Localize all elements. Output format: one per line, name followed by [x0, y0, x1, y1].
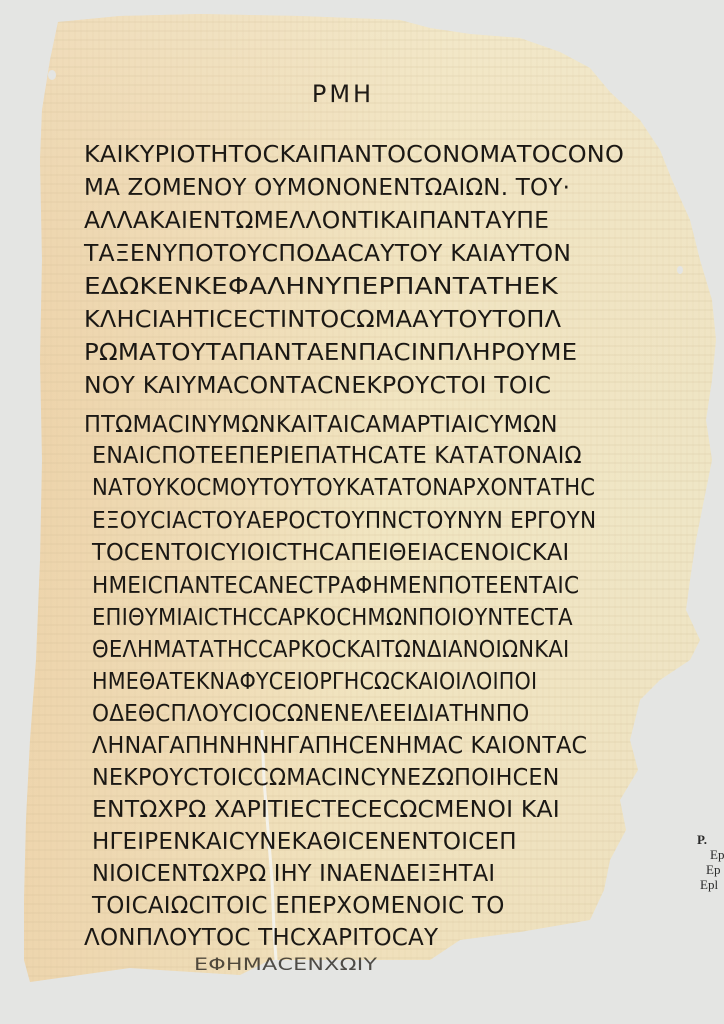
text-line: ΛΟΝΠΛΟΥΤΟϹ ΤΗϹΧΑΡΙΤΟϹΑΥ: [84, 923, 438, 951]
text-line: ΗΜΕΙϹΠΑΝΤΕϹΑΝΕϹΤΡΑΦΗΜΕΝΠΟΤΕΕΝΤΑΙϹ: [92, 571, 579, 599]
text-line: ΟΔΕΘϹΠΛΟΥϹΙΟϹΩΝΕΝΕΛΕΕΙΔΙΑΤΗΝΠΟ: [92, 699, 530, 727]
text-line: ΘΕΛΗΜΑΤΑΤΗϹϹΑΡΚΟϹΚΑΙΤΩΝΔΙΑΝΟΙΩΝΚΑΙ: [92, 635, 569, 663]
text-line: ΕΝΤΩΧΡΩ ΧΑΡΙΤΙΕϹΤΕϹΕϹΩϹΜΕΝΟΙ ΚΑΙ: [92, 795, 560, 823]
text-line: ΝΙΟΙϹΕΝΤΩΧΡΩ ΙΗΥ ΙΝΑΕΝΔΕΙΞΗΤΑΙ: [92, 859, 495, 887]
text-line: ΤΑΞΕΝΥΠΟΤΟΥϹΠΟΔΑϹΑΥΤΟΥ ΚΑΙΑΥΤΟΝ: [84, 239, 571, 267]
text-line: ΕΔΩΚΕΝΚΕΦΑΛΗΝΥΠΕΡΠΑΝΤΑΤΗΕΚ: [84, 272, 558, 300]
caption-line: P.: [697, 832, 715, 847]
text-line: ΡΩΜΑΤΟΥΤΑΠΑΝΤΑΕΝΠΑϹΙΝΠΛΗΡΟΥΜΕ: [84, 338, 577, 366]
text-line: ΕΠΙΘΥΜΙΑΙϹΤΗϹϹΑΡΚΟϹΗΜΩΝΠΟΙΟΥΝΤΕϹΤΑ: [92, 603, 573, 631]
plate-caption: P. Ep Ep Epl: [697, 832, 715, 892]
text-line: ΗΓΕΙΡΕΝΚΑΙϹΥΝΕΚΑΘΙϹΕΝΕΝΤΟΙϹΕΠ: [92, 827, 517, 855]
page-number: ΡΜΗ: [303, 80, 383, 108]
text-line: ΤΟΙϹΑΙΩϹΙΤΟΙϹ ΕΠΕΡΧΟΜΕΝΟΙϹ ΤΟ: [92, 891, 505, 919]
text-line: ΕΞΟΥϹΙΑϹΤΟΥΑΕΡΟϹΤΟΥΠΝϹΤΟΥΝΥΝ ΕΡΓΟΥΝ: [92, 506, 596, 534]
text-line: ΚΑΙΚΥΡΙΟΤΗΤΟϹΚΑΙΠΑΝΤΟϹΟΝΟΜΑΤΟϹΟΝΟ: [84, 140, 624, 168]
text-line: ΕΦΗΜΑϹΕΝΧΩΙΥ: [194, 955, 377, 975]
text-line: ΤΟϹΕΝΤΟΙϹΥΙΟΙϹΤΗϹΑΠΕΙΘΕΙΑϹΕΝΟΙϹΚΑΙ: [92, 538, 569, 566]
text-line: ΠΤΩΜΑϹΙΝΥΜΩΝΚΑΙΤΑΙϹΑΜΑΡΤΙΑΙϹΥΜΩΝ: [84, 410, 558, 438]
text-line: ΝΟΥ ΚΑΙΥΜΑϹΟΝΤΑϹΝΕΚΡΟΥϹΤΟΙ ΤΟΙϹ: [84, 371, 551, 399]
text-line: ΛΗΝΑΓΑΠΗΝΗΝΗΓΑΠΗϹΕΝΗΜΑϹ ΚΑΙΟΝΤΑϹ: [92, 731, 587, 759]
caption-line: Ep: [706, 862, 724, 877]
text-line: ΑΛΛΑΚΑΙΕΝΤΩΜΕΛΛΟΝΤΙΚΑΙΠΑΝΤΑΥΠΕ: [84, 206, 549, 234]
caption-line: Ep: [710, 847, 724, 862]
text-line: ΜΑ ΖΟΜΕΝΟΥ ΟΥΜΟΝΟΝΕΝΤΩΑΙΩΝ. ΤΟΥ·: [84, 173, 570, 201]
text-line: ΝΑΤΟΥΚΟϹΜΟΥΤΟΥΤΟΥΚΑΤΑΤΟΝΑΡΧΟΝΤΑΤΗϹ: [92, 473, 595, 501]
text-line: ΝΕΚΡΟΥϹΤΟΙϹϹΩΜΑϹΙΝϹΥΝΕΖΩΠΟΙΗϹΕΝ: [92, 763, 560, 791]
text-line: ΕΝΑΙϹΠΟΤΕΕΠΕΡΙΕΠΑΤΗϹΑΤΕ ΚΑΤΑΤΟΝΑΙΩ: [92, 441, 582, 469]
caption-line: Epl: [700, 877, 718, 892]
text-line: ΗΜΕΘΑΤΕΚΝΑΦΥϹΕΙΟΡΓΗϹΩϹΚΑΙΟΙΛΟΙΠΟΙ: [92, 667, 537, 695]
text-line: ΚΛΗϹΙΑΗΤΙϹΕϹΤΙΝΤΟϹΩΜΑΑΥΤΟΥΤΟΠΛ: [84, 305, 561, 333]
